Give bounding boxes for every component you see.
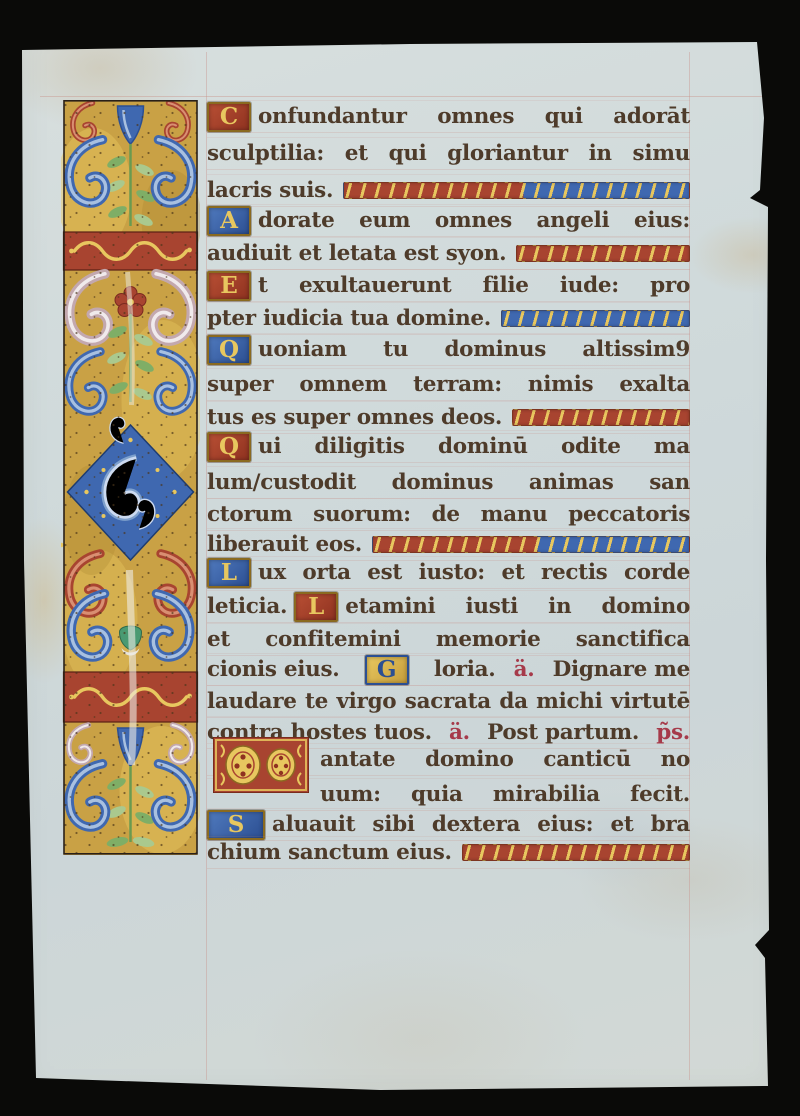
illuminated-border: [61, 100, 200, 855]
manuscript-text: antate domino canticū no: [320, 747, 690, 772]
illuminated-initial: G: [365, 655, 409, 685]
manuscript-text: leticia.: [207, 594, 287, 619]
illuminated-initial: A: [207, 206, 251, 236]
manuscript-text: onfundantur omnes qui adorāt: [258, 104, 690, 129]
manuscript-leaf: C onfundantur omnes qui adorāt sculptili…: [0, 0, 800, 1116]
text-line: et confitemini memorie sanctifica: [207, 623, 690, 656]
illuminated-initial: Q: [207, 335, 251, 365]
manuscript-text: t exultauerunt filie iude: pro: [258, 273, 690, 298]
text-line: C onfundantur omnes qui adorāt: [207, 100, 690, 133]
illuminated-initial-large-C: C: [213, 737, 309, 793]
manuscript-text: lacris suis.: [207, 178, 333, 203]
manuscript-text: uoniam tu dominus altissim9: [258, 337, 690, 362]
manuscript-text: laudare te virgo sacrata da michi virtut…: [207, 689, 690, 714]
text-line: laudare te virgo sacrata da michi virtut…: [207, 685, 690, 718]
manuscript-text: super omnem terram: nimis exalta: [207, 372, 690, 397]
illuminated-initial: L: [207, 558, 251, 588]
rubric-antiphon-mark: ä.: [449, 720, 470, 745]
manuscript-text: audiuit et letata est syon.: [207, 241, 506, 266]
text-line: chium sanctum eius.: [207, 836, 690, 869]
manuscript-text: ctorum suorum: de manu peccatoris: [207, 502, 690, 527]
manuscript-text: loria.: [434, 657, 496, 682]
line-filler-ornament: [501, 310, 690, 327]
text-line: A dorate eum omnes angeli eius:: [207, 204, 690, 237]
illuminated-initial: C: [207, 102, 251, 132]
manuscript-text: tus es super omnes deos.: [207, 405, 502, 430]
manuscript-text: etamini iusti in domino: [345, 594, 690, 619]
manuscript-text: aluauit sibi dextera eius: et bra: [272, 812, 690, 837]
manuscript-text: lum/custodit dominus animas san: [207, 470, 690, 495]
text-line: leticia. L etamini iusti in domino: [207, 590, 690, 623]
manuscript-text: ux orta est iusto: et rectis corde: [258, 560, 690, 585]
text-line: lum/custodit dominus animas san: [207, 466, 690, 499]
manuscript-text: sculptilia: et qui gloriantur in simu: [207, 141, 690, 166]
illuminated-initial: E: [207, 271, 251, 301]
text-line: Q uoniam tu dominus altissim9: [207, 333, 690, 366]
line-filler-ornament: [343, 182, 690, 199]
manuscript-text: pter iudicia tua domine.: [207, 306, 491, 331]
text-line: lacris suis.: [207, 174, 690, 207]
manuscript-text: chium sanctum eius.: [207, 840, 452, 865]
manuscript-text: uum: quia mirabilia fecit.: [320, 782, 690, 807]
text-line: ctorum suorum: de manu peccatoris: [207, 498, 690, 531]
text-line: pter iudicia tua domine.: [207, 302, 690, 335]
text-line: E t exultauerunt filie iude: pro: [207, 269, 690, 302]
manuscript-text: Dignare me: [553, 657, 690, 682]
manuscript-text: cionis eius.: [207, 657, 339, 682]
rubric-antiphon-mark: ä.: [514, 657, 535, 682]
text-line: audiuit et letata est syon.: [207, 237, 690, 270]
line-filler-ornament: [512, 409, 690, 426]
manuscript-text: liberauit eos.: [207, 532, 362, 557]
text-line: L ux orta est iusto: et rectis corde: [207, 556, 690, 589]
photo-background: C onfundantur omnes qui adorāt sculptili…: [0, 0, 800, 1116]
manuscript-text: ui diligitis dominū odite ma: [258, 434, 690, 459]
line-filler-ornament: [516, 245, 690, 262]
line-filler-ornament: [372, 536, 690, 553]
manuscript-text: Post partum.: [487, 720, 639, 745]
text-line: Q ui diligitis dominū odite ma: [207, 430, 690, 463]
rubric-psalm-mark: p̃s.: [656, 720, 690, 745]
manuscript-text: dorate eum omnes angeli eius:: [258, 208, 690, 233]
text-line: cionis eius. G loria. ä. Dignare me: [207, 653, 690, 686]
illuminated-initial: Q: [207, 432, 251, 462]
illuminated-initial: L: [294, 592, 338, 622]
line-filler-ornament: [462, 844, 690, 861]
text-line: sculptilia: et qui gloriantur in simu: [207, 137, 690, 170]
text-line: super omnem terram: nimis exalta: [207, 368, 690, 401]
illuminated-initial: S: [207, 810, 265, 840]
manuscript-text: et confitemini memorie sanctifica: [207, 627, 690, 652]
